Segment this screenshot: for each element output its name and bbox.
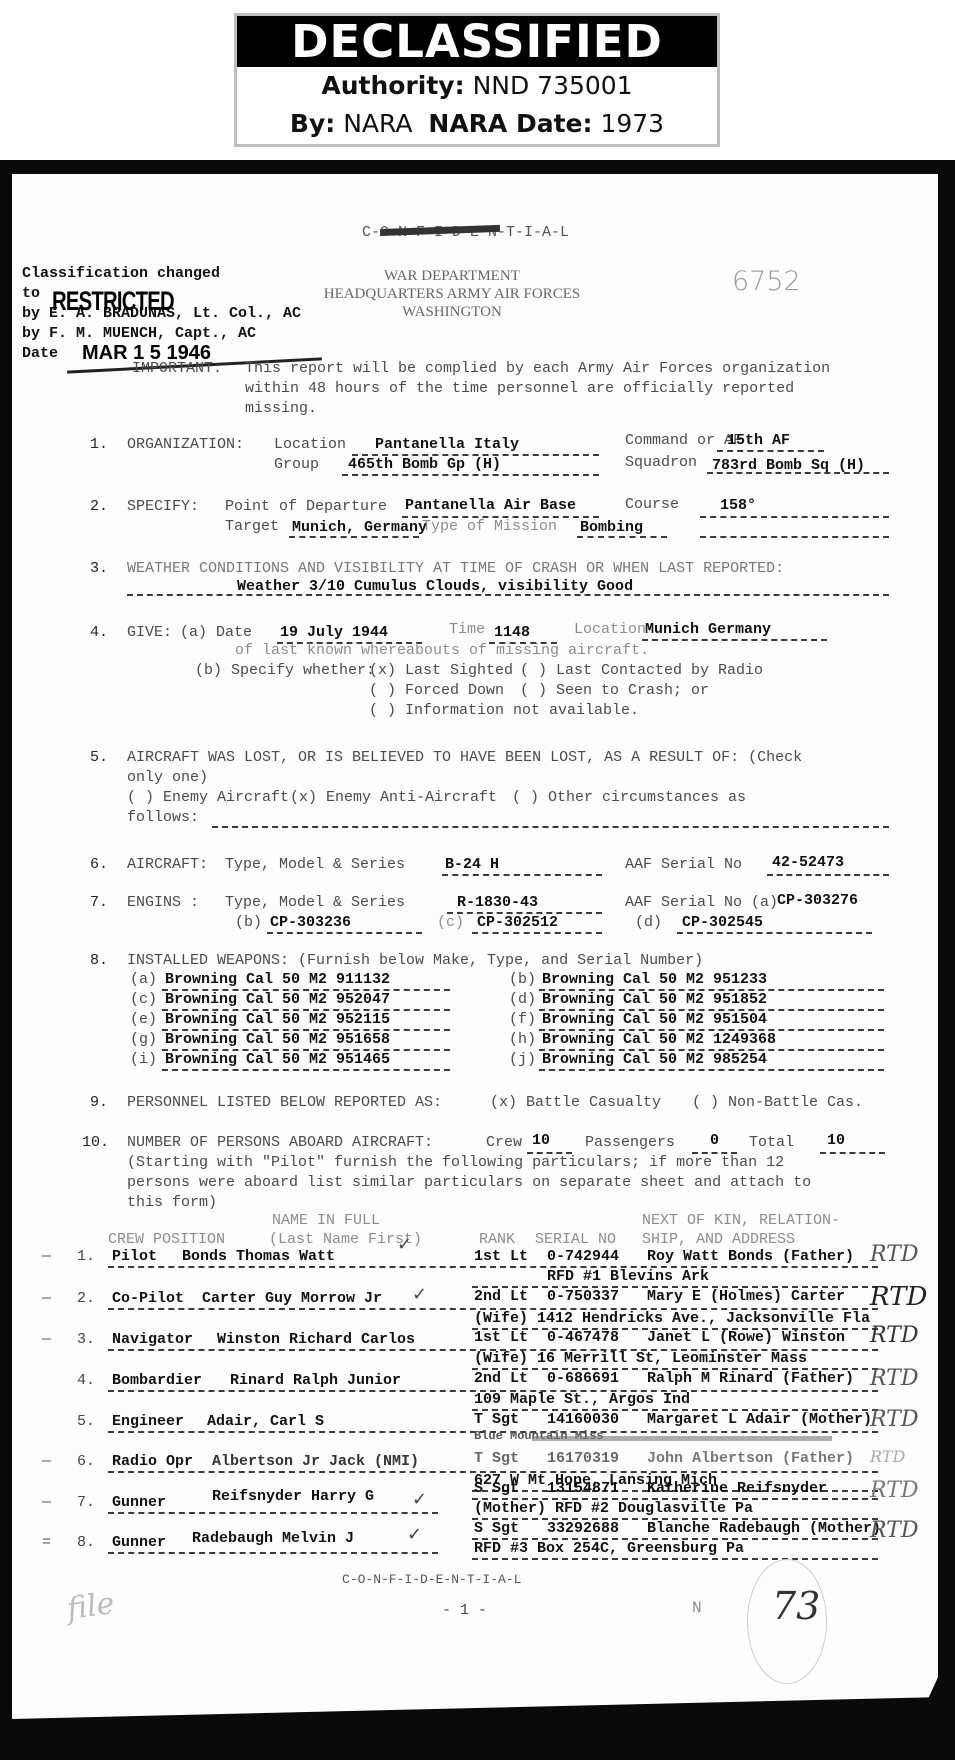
section9-label: PERSONNEL LISTED BELOW REPORTED AS: xyxy=(127,1094,442,1111)
total-label: Total xyxy=(749,1134,794,1151)
section10-note-3: this form) xyxy=(127,1194,217,1211)
stamp-authority-value: NND 735001 xyxy=(473,71,633,100)
weapon-a-key: (a) xyxy=(130,971,157,988)
header-name-in-full: NAME IN FULL xyxy=(272,1212,380,1229)
option-seen-to-crash[interactable]: ( ) Seen to Crash; or xyxy=(520,682,709,699)
time-label: Time xyxy=(449,621,485,638)
crew-rank[interactable]: S Sgt xyxy=(474,1480,519,1497)
departure-label: Point of Departure xyxy=(225,498,387,515)
engine-c-label: (c) xyxy=(437,914,464,931)
weapon-h-key: (h) xyxy=(509,1031,536,1048)
stamp-by-value: NARA xyxy=(343,109,412,138)
rtd-annotation: RTD xyxy=(870,1366,919,1391)
crew-position[interactable]: Co-Pilot xyxy=(112,1290,184,1307)
crew-row-marker: — xyxy=(42,1494,51,1511)
group-label: Group xyxy=(274,456,319,473)
aircraft-serial-underline xyxy=(767,874,889,876)
aircraft-serial-value[interactable]: 42-52473 xyxy=(772,854,844,871)
crew-row-marker: — xyxy=(42,1290,51,1307)
header-next-of-kin-1: NEXT OF KIN, RELATION- xyxy=(642,1212,840,1229)
weapon-f-value[interactable]: Browning Cal 50 M2 951504 xyxy=(542,1011,767,1028)
total-underline xyxy=(820,1152,885,1154)
document-number: 6752 xyxy=(732,266,801,297)
stamp-date-value: 1973 xyxy=(600,109,664,138)
stamp-by-label: By: xyxy=(290,109,335,138)
mission-value[interactable]: Bombing xyxy=(580,519,643,536)
aircraft-type-label: Type, Model & Series xyxy=(225,856,405,873)
section6-label: AIRCRAFT: xyxy=(127,856,208,873)
stamp-authority-label: Authority: xyxy=(321,71,464,100)
crew-row-7-underline xyxy=(108,1512,438,1514)
time-value[interactable]: 1148 xyxy=(494,624,530,641)
stamp-title: DECLASSIFIED xyxy=(237,16,717,67)
crew-name[interactable]: Radebaugh Melvin J xyxy=(192,1530,354,1547)
command-label: Command or AF xyxy=(625,432,742,449)
target-value[interactable]: Munich, Germany xyxy=(292,519,427,536)
crew-next-of-kin[interactable]: Roy Watt Bonds (Father) xyxy=(647,1248,854,1265)
crew-position[interactable]: Gunner xyxy=(112,1534,166,1551)
crew-row-4: 4. Bombardier Rinard Ralph Junior 2nd Lt… xyxy=(12,1372,938,1392)
weapon-d-key: (d) xyxy=(509,991,536,1008)
rtd-annotation: RTD xyxy=(870,1407,919,1432)
section5-number: 5. xyxy=(90,749,108,766)
date-value[interactable]: 19 July 1944 xyxy=(280,624,388,641)
crew-name[interactable]: Bonds Thomas Watt xyxy=(182,1248,335,1265)
important-text-1: This report will be complied by each Arm… xyxy=(245,360,830,377)
section5-label-2: only one) xyxy=(127,769,208,786)
section9-number: 9. xyxy=(90,1094,108,1111)
section10-number: 10. xyxy=(82,1134,109,1151)
crew-number: 3. xyxy=(77,1331,95,1348)
check-mark-icon: ✓ xyxy=(397,1234,412,1255)
date-label: (a) Date xyxy=(180,624,252,641)
section4-number: 4. xyxy=(90,624,108,641)
crew-address-8-underline xyxy=(472,1558,878,1560)
weather-value[interactable]: Weather 3/10 Cumulus Clouds, visibility … xyxy=(237,578,633,595)
handwritten-note: file xyxy=(65,1586,117,1627)
crew-position[interactable]: Bombardier xyxy=(112,1372,202,1389)
squadron-value[interactable]: 783rd Bomb Sq (H) xyxy=(712,457,865,474)
course-value[interactable]: 158° xyxy=(720,497,756,514)
follows-label: follows: xyxy=(127,809,199,826)
weapon-g-key: (g) xyxy=(130,1031,157,1048)
crew-row-marker: = xyxy=(42,1534,51,1551)
crew-serial[interactable]: 0-686691 xyxy=(547,1370,619,1387)
option-enemy-aircraft[interactable]: ( ) Enemy Aircraft xyxy=(127,789,289,806)
crew-address-4[interactable]: 109 Maple St., Argos Ind xyxy=(474,1391,690,1408)
section10-label: NUMBER OF PERSONS ABOARD AIRCRAFT: xyxy=(127,1134,433,1151)
whereabouts-note: of last known whereabouts of missing air… xyxy=(235,642,649,659)
group-value[interactable]: 465th Bomb Gp (H) xyxy=(348,456,501,473)
section2-label: SPECIFY: xyxy=(127,498,199,515)
crew-rank[interactable]: T Sgt xyxy=(474,1450,519,1467)
option-non-battle[interactable]: ( ) Non-Battle Cas. xyxy=(692,1094,863,1111)
header-rank: RANK xyxy=(479,1231,515,1248)
aircraft-type-value[interactable]: B-24 H xyxy=(445,856,499,873)
target-underline xyxy=(289,536,419,538)
section7-label: ENGINS : xyxy=(127,894,199,911)
crew-rank[interactable]: 1st Lt xyxy=(474,1329,528,1346)
crew-position[interactable]: Engineer xyxy=(112,1413,184,1430)
crew-row-3: — 3. Navigator Winston Richard Carlos 1s… xyxy=(12,1331,938,1351)
crew-position[interactable]: Radio Opr xyxy=(112,1453,193,1470)
crew-position[interactable]: Gunner xyxy=(112,1494,166,1511)
war-department-header: WAR DEPARTMENT HEADQUARTERS ARMY AIR FOR… xyxy=(262,267,642,321)
paper-sheet: C-O-N-F-I-D-E-N-T-I-A-L Classification c… xyxy=(12,174,938,1719)
page-number: - 1 - xyxy=(442,1602,487,1619)
aircraft-type-underline xyxy=(442,874,602,876)
engine-serial-d[interactable]: CP-302545 xyxy=(682,914,763,931)
crew-name[interactable]: Albertson Jr Jack (NMI) xyxy=(212,1453,419,1470)
weapon-g-value[interactable]: Browning Cal 50 M2 951658 xyxy=(165,1031,390,1048)
section7-number: 7. xyxy=(90,894,108,911)
section2-number: 2. xyxy=(90,498,108,515)
crew-serial[interactable]: 14160030 xyxy=(547,1411,619,1428)
header-line1: WAR DEPARTMENT xyxy=(262,267,642,285)
scanned-page: C-O-N-F-I-D-E-N-T-I-A-L Classification c… xyxy=(0,160,955,1760)
option-other-circumstances[interactable]: ( ) Other circumstances as xyxy=(512,789,746,806)
rtd-annotation: RTD xyxy=(870,1447,905,1466)
crew-count-value[interactable]: 10 xyxy=(532,1132,550,1149)
crew-address-7[interactable]: (Mother) RFD #2 Douglasville Pa xyxy=(474,1500,753,1517)
crew-serial[interactable]: 0-742944 xyxy=(547,1248,619,1265)
crew-row-marker: — xyxy=(42,1453,51,1470)
header-line2: HEADQUARTERS ARMY AIR FORCES xyxy=(262,285,642,303)
engine-b-underline xyxy=(267,932,422,934)
section10-note-1: (Starting with "Pilot" furnish the follo… xyxy=(127,1154,784,1171)
weapon-j-underline xyxy=(539,1069,884,1071)
bottom-classification-marking: C-O-N-F-I-D-E-N-T-I-A-L xyxy=(342,1572,521,1587)
crew-number: 1. xyxy=(77,1248,95,1265)
crew-name[interactable]: Adair, Carl S xyxy=(207,1413,324,1430)
section6-number: 6. xyxy=(90,856,108,873)
total-value[interactable]: 10 xyxy=(827,1132,845,1149)
section3-number: 3. xyxy=(90,560,108,577)
weapon-e-key: (e) xyxy=(130,1011,157,1028)
crew-serial[interactable]: 13154871 xyxy=(547,1480,619,1497)
blank-underline xyxy=(700,536,889,538)
section10-note-2: persons were aboard list similar particu… xyxy=(127,1174,811,1191)
crew-rank[interactable]: 2nd Lt xyxy=(474,1370,528,1387)
section4-label: GIVE: xyxy=(127,624,172,641)
header-serial-no: SERIAL NO xyxy=(535,1231,616,1248)
crew-serial[interactable]: 0-467478 xyxy=(547,1329,619,1346)
crew-rank[interactable]: 1st Lt xyxy=(474,1248,528,1265)
crew-row-marker: — xyxy=(42,1331,51,1348)
crew-number: 6. xyxy=(77,1453,95,1470)
crew-next-of-kin[interactable]: Margaret L Adair (Mother) xyxy=(647,1411,872,1428)
command-value[interactable]: 15th AF xyxy=(727,432,790,449)
weapon-c-key: (c) xyxy=(130,991,157,1008)
section1-label: ORGANIZATION: xyxy=(127,436,244,453)
header-line3: WASHINGTON xyxy=(262,303,642,321)
classification-to-label: to xyxy=(22,285,40,302)
engine-serial-b[interactable]: CP-303236 xyxy=(270,914,351,931)
engine-c-underline xyxy=(472,932,602,934)
crew-next-of-kin[interactable]: Janet L (Rowe) Winston xyxy=(647,1329,845,1346)
important-text-2: within 48 hours of the time personnel ar… xyxy=(245,380,794,397)
weapon-c-value[interactable]: Browning Cal 50 M2 952047 xyxy=(165,991,390,1008)
crew-row-1-underline xyxy=(108,1266,878,1268)
rtd-annotation: RTD xyxy=(870,1282,927,1312)
strikeout-smudge xyxy=(532,1436,832,1441)
crew-number: 4. xyxy=(77,1372,95,1389)
weapon-j-value[interactable]: Browning Cal 50 M2 985254 xyxy=(542,1051,767,1068)
engine-d-label: (d) xyxy=(635,914,662,931)
section8-number: 8. xyxy=(90,952,108,969)
weapon-e-value[interactable]: Browning Cal 50 M2 952115 xyxy=(165,1011,390,1028)
engine-b-label: (b) xyxy=(235,914,262,931)
weapon-i-underline xyxy=(162,1069,450,1071)
crew-next-of-kin[interactable]: Blanche Radebaugh (Mother) xyxy=(647,1520,881,1537)
crew-name[interactable]: Winston Richard Carlos xyxy=(217,1331,415,1348)
crew-name[interactable]: Carter Guy Morrow Jr xyxy=(202,1290,382,1307)
crew-number: 5. xyxy=(77,1413,95,1430)
stamp-date-label: NARA Date: xyxy=(428,109,592,138)
section1-number: 1. xyxy=(90,436,108,453)
stamp-authority: Authority: NND 735001 xyxy=(237,67,717,105)
option-enemy-anti-aircraft[interactable]: (x) Enemy Anti-Aircraft xyxy=(290,789,497,806)
option-forced-down[interactable]: ( ) Forced Down xyxy=(369,682,504,699)
rtd-annotation: RTD xyxy=(870,1242,919,1267)
engine-type-label: Type, Model & Series xyxy=(225,894,405,911)
loss-location-label: Location xyxy=(574,621,646,638)
crew-row-8-underline xyxy=(108,1552,438,1554)
engine-d-underline xyxy=(677,932,872,934)
rtd-annotation: RTD xyxy=(870,1323,919,1348)
group-underline xyxy=(342,474,599,476)
number-label: N xyxy=(692,1599,702,1617)
crew-address-8[interactable]: RFD #3 Box 254C, Greensburg Pa xyxy=(474,1540,744,1557)
weapon-b-key: (b) xyxy=(509,971,536,988)
follows-underline xyxy=(212,826,889,828)
crew-position[interactable]: Pilot xyxy=(112,1248,157,1265)
engine-serial-label: AAF Serial No (a) xyxy=(625,894,778,911)
crew-name[interactable]: Rinard Ralph Junior xyxy=(230,1372,401,1389)
target-label: Target xyxy=(225,518,279,535)
section3-label: WEATHER CONDITIONS AND VISIBILITY AT TIM… xyxy=(127,560,784,577)
option-last-contacted[interactable]: ( ) Last Contacted by Radio xyxy=(520,662,763,679)
command-underline xyxy=(717,450,824,452)
crew-row-marker: — xyxy=(42,1248,51,1265)
loss-location-value[interactable]: Munich Germany xyxy=(645,621,771,638)
weapon-a-value[interactable]: Browning Cal 50 M2 911132 xyxy=(165,971,390,988)
declassified-stamp: DECLASSIFIED Authority: NND 735001 By: N… xyxy=(234,13,720,147)
crew-address-2[interactable]: (Wife) 1412 Hendricks Ave., Jacksonville… xyxy=(474,1310,870,1327)
crew-rank[interactable]: S Sgt xyxy=(474,1520,519,1537)
course-underline xyxy=(700,516,889,518)
weapon-h-value[interactable]: Browning Cal 50 M2 1249368 xyxy=(542,1031,776,1048)
departure-value[interactable]: Pantanella Air Base xyxy=(405,497,576,514)
classification-changed-label: Classification changed xyxy=(22,264,301,284)
check-mark-icon: ✓ xyxy=(412,1284,427,1305)
crew-rank[interactable]: 2nd Lt xyxy=(474,1288,528,1305)
circled-number: 73 xyxy=(772,1584,820,1628)
crew-number: 8. xyxy=(77,1534,95,1551)
crew-name[interactable]: Reifsnyder Harry G xyxy=(212,1488,374,1505)
weapon-i-key: (i) xyxy=(130,1051,157,1068)
check-mark-icon: ✓ xyxy=(407,1524,422,1545)
crew-serial[interactable]: 0-750337 xyxy=(547,1288,619,1305)
weapon-b-value[interactable]: Browning Cal 50 M2 951233 xyxy=(542,971,767,988)
mission-label: Type of Mission xyxy=(422,518,557,535)
option-info-not-available[interactable]: ( ) Information not available. xyxy=(369,702,639,719)
specify-whether-label: (b) Specify whether: xyxy=(195,662,375,679)
passengers-label: Passengers xyxy=(585,1134,675,1151)
passengers-value[interactable]: 0 xyxy=(710,1132,719,1149)
crew-number: 7. xyxy=(77,1494,95,1511)
engine-serial-a[interactable]: CP-303276 xyxy=(777,892,858,909)
crew-next-of-kin[interactable]: Mary E (Holmes) Carter xyxy=(647,1288,845,1305)
section8-label: INSTALLED WEAPONS: (Furnish below Make, … xyxy=(127,952,703,969)
crew-rank[interactable]: T Sgt xyxy=(474,1411,519,1428)
crew-row-1: — 1. Pilot Bonds Thomas Watt 1st Lt 0-74… xyxy=(12,1248,938,1268)
crew-address-3[interactable]: (Wife) 16 Merrill St, Leominster Mass xyxy=(474,1350,807,1367)
crew-count-label: Crew xyxy=(486,1134,522,1151)
crew-next-of-kin[interactable]: Ralph M Rinard (Father) xyxy=(647,1370,854,1387)
option-last-sighted[interactable]: (x) Last Sighted xyxy=(369,662,513,679)
option-battle-casualty[interactable]: (x) Battle Casualty xyxy=(490,1094,661,1111)
crew-serial[interactable]: 16170319 xyxy=(547,1450,619,1467)
section5-label-1: AIRCRAFT WAS LOST, OR IS BELIEVED TO HAV… xyxy=(127,749,802,766)
check-mark-icon: ✓ xyxy=(412,1489,427,1510)
weapon-j-key: (j) xyxy=(509,1051,536,1068)
important-label: IMPORTANT: xyxy=(132,360,222,377)
crew-row-6: — 6. Radio Opr Albertson Jr Jack (NMI) T… xyxy=(12,1453,938,1473)
crew-row-2: — 2. Co-Pilot Carter Guy Morrow Jr 2nd L… xyxy=(12,1290,938,1310)
mission-underline xyxy=(577,536,667,538)
crew-address-1[interactable]: RFD #1 Blevins Ark xyxy=(547,1268,709,1285)
header-next-of-kin-2: SHIP, AND ADDRESS xyxy=(642,1231,795,1248)
crew-next-of-kin[interactable]: Katherine Reifsnyder xyxy=(647,1480,827,1497)
weapon-i-value[interactable]: Browning Cal 50 M2 951465 xyxy=(165,1051,390,1068)
weapon-d-value[interactable]: Browning Cal 50 M2 951852 xyxy=(542,991,767,1008)
engine-type-value[interactable]: R-1830-43 xyxy=(457,894,538,911)
header-crew-position: CREW POSITION xyxy=(108,1231,225,1248)
location-label: Location xyxy=(274,436,346,453)
loss-location-underline xyxy=(642,639,827,641)
restricted-stamp: RESTRICTED xyxy=(52,286,174,317)
weapon-f-key: (f) xyxy=(509,1011,536,1028)
engine-serial-c[interactable]: CP-302512 xyxy=(477,914,558,931)
classification-by2: by F. M. MUENCH, Capt., AC xyxy=(22,324,301,344)
crew-position[interactable]: Navigator xyxy=(112,1331,193,1348)
aircraft-serial-label: AAF Serial No xyxy=(625,856,742,873)
crew-next-of-kin[interactable]: John Albertson (Father) xyxy=(647,1450,854,1467)
course-label: Course xyxy=(625,496,679,513)
crew-number: 2. xyxy=(77,1290,95,1307)
crew-serial[interactable]: 33292688 xyxy=(547,1520,619,1537)
squadron-label: Squadron xyxy=(625,454,697,471)
stamp-by: By: NARA NARA Date: 1973 xyxy=(237,105,717,143)
location-value[interactable]: Pantanella Italy xyxy=(375,436,519,453)
important-text-3: missing. xyxy=(245,400,317,417)
